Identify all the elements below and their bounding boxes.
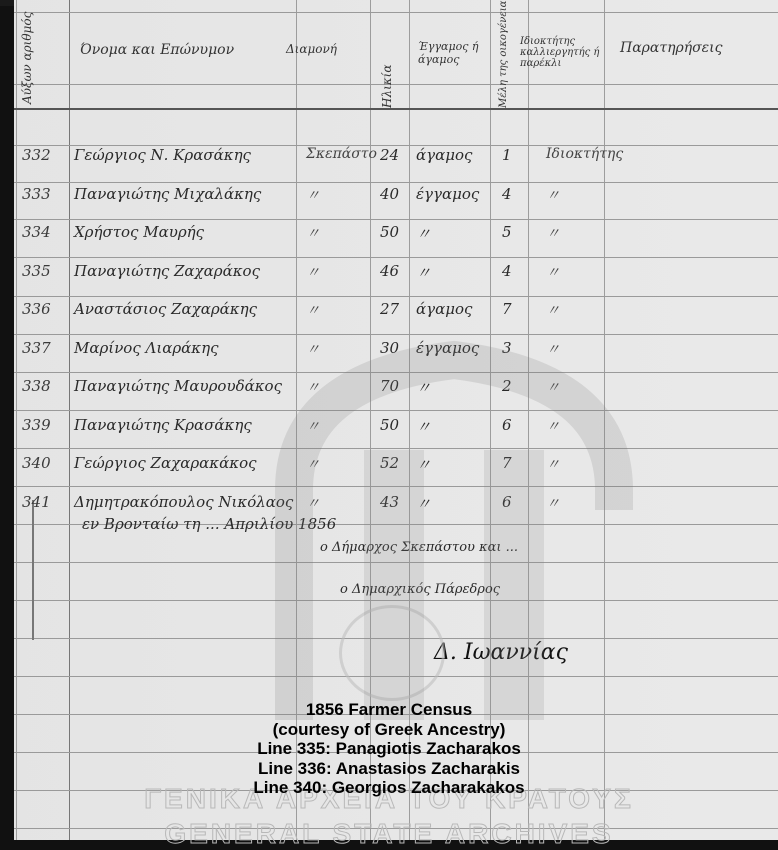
caption-line-340: Line 340: Georgios Zacharakakos	[0, 778, 778, 798]
row-341-marital: 〃	[416, 493, 431, 514]
row-337-members: 3	[502, 339, 512, 357]
row-334-residence: 〃	[306, 223, 320, 243]
caption-title: 1856 Farmer Census	[0, 700, 778, 720]
row-334-members: 5	[502, 223, 512, 241]
row-336-occupation: 〃	[546, 300, 560, 320]
row-338-marital: 〃	[416, 377, 431, 398]
row-335-marital: 〃	[416, 262, 431, 283]
row-332-name: Γεώργιος Ν. Κρασάκης	[74, 146, 251, 164]
closing-line: εν Βρονταίω τη ... Απριλίου 1856	[82, 515, 336, 533]
row-335-occupation: 〃	[546, 262, 560, 282]
row-337-age: 30	[380, 339, 399, 357]
row-340-number: 340	[22, 454, 51, 472]
official-stamp	[339, 605, 445, 701]
header-bottom-rule	[14, 108, 778, 110]
row-rule	[14, 410, 778, 411]
header-age: Ηλικία	[380, 65, 394, 108]
row-339-residence: 〃	[306, 416, 320, 436]
header-marital-status: Έγγαμος ή άγαμος	[418, 40, 488, 66]
row-335-residence: 〃	[306, 262, 320, 282]
row-332-occupation: Ιδιοκτήτης	[546, 146, 623, 162]
row-333-residence: 〃	[306, 185, 320, 205]
row-340-residence: 〃	[306, 454, 320, 474]
row-341-occupation: 〃	[546, 493, 560, 513]
row-337-occupation: 〃	[546, 339, 560, 359]
row-340-occupation: 〃	[546, 454, 560, 474]
row-341-members: 6	[502, 493, 512, 511]
row-333-name: Παναγιώτης Μιχαλάκης	[74, 185, 261, 203]
row-333-age: 40	[380, 185, 399, 203]
header-mid-rule	[14, 84, 778, 85]
row-333-number: 333	[22, 185, 51, 203]
row-338-name: Παναγιώτης Μαυρουδάκος	[74, 377, 282, 395]
caption-line-335: Line 335: Panagiotis Zacharakos	[0, 739, 778, 759]
row-340-members: 7	[502, 454, 512, 472]
row-334-age: 50	[380, 223, 399, 241]
signature-line-deputy: ο Δημαρχικός Πάρεδρος	[340, 582, 500, 597]
row-336-marital: άγαμος	[416, 300, 472, 318]
row-335-name: Παναγιώτης Ζαχαράκος	[74, 262, 260, 280]
caption-block: 1856 Farmer Census (courtesy of Greek An…	[0, 700, 778, 798]
row-rule	[14, 219, 778, 220]
row-334-marital: 〃	[416, 223, 431, 244]
page-fold	[14, 500, 34, 640]
row-341-residence: 〃	[306, 493, 320, 513]
row-rule	[14, 486, 778, 487]
row-333-occupation: 〃	[546, 185, 560, 205]
row-334-name: Χρήστος Μαυρής	[74, 223, 204, 241]
row-332-residence: Σκεπάστο	[306, 146, 377, 162]
row-339-members: 6	[502, 416, 512, 434]
row-335-age: 46	[380, 262, 399, 280]
row-336-residence: 〃	[306, 300, 320, 320]
header-household: Μέλη της οικογένειας	[498, 0, 509, 108]
row-332-marital: άγαμος	[416, 146, 472, 164]
row-338-members: 2	[502, 377, 512, 395]
row-337-name: Μαρίνος Λιαράκης	[74, 339, 219, 357]
header-remarks: Παρατηρήσεις	[620, 40, 723, 56]
row-340-marital: 〃	[416, 454, 431, 475]
row-337-residence: 〃	[306, 339, 320, 359]
watermark-text-english: GENERAL STATE ARCHIVES	[0, 818, 778, 840]
row-335-number: 335	[22, 262, 51, 280]
row-336-name: Αναστάσιος Ζαχαράκης	[74, 300, 257, 318]
row-rule	[14, 257, 778, 258]
signature-line-mayor: ο Δήμαρχος Σκεπάστου και ...	[320, 540, 518, 555]
row-rule	[14, 372, 778, 373]
row-rule	[14, 562, 778, 563]
row-333-members: 4	[502, 185, 512, 203]
row-334-number: 334	[22, 223, 51, 241]
caption-credit: (courtesy of Greek Ancestry)	[0, 720, 778, 740]
header-row-number: Αύξων αριθμός	[20, 12, 34, 104]
row-339-occupation: 〃	[546, 416, 560, 436]
row-340-name: Γεώργιος Ζαχαρακάκος	[74, 454, 257, 472]
row-332-age: 24	[380, 146, 399, 164]
row-rule	[14, 600, 778, 601]
row-rule	[14, 448, 778, 449]
header-residence: Διαμονή	[286, 42, 337, 56]
row-338-age: 70	[380, 377, 399, 395]
row-337-number: 337	[22, 339, 51, 357]
row-336-members: 7	[502, 300, 512, 318]
row-341-number: 341	[22, 493, 51, 511]
row-341-name: Δημητρακόπουλος Νικόλαος	[74, 493, 293, 511]
row-337-marital: έγγαμος	[416, 339, 479, 357]
row-333-marital: έγγαμος	[416, 185, 479, 203]
signature: Δ. Ιωαννίας	[434, 640, 568, 665]
row-339-marital: 〃	[416, 416, 431, 437]
row-332-members: 1	[502, 146, 512, 164]
row-338-number: 338	[22, 377, 51, 395]
row-341-age: 43	[380, 493, 399, 511]
row-336-age: 27	[380, 300, 399, 318]
row-340-age: 52	[380, 454, 399, 472]
row-338-residence: 〃	[306, 377, 320, 397]
caption-line-336: Line 336: Anastasios Zacharakis	[0, 759, 778, 779]
row-338-occupation: 〃	[546, 377, 560, 397]
row-rule	[14, 182, 778, 183]
row-334-occupation: 〃	[546, 223, 560, 243]
row-339-number: 339	[22, 416, 51, 434]
header-name: Όνομα και Επώνυμον	[80, 42, 234, 58]
row-339-name: Παναγιώτης Κρασάκης	[74, 416, 252, 434]
row-336-number: 336	[22, 300, 51, 318]
row-335-members: 4	[502, 262, 512, 280]
header-top-rule	[14, 12, 778, 13]
row-rule	[14, 334, 778, 335]
row-rule	[14, 296, 778, 297]
row-332-number: 332	[22, 146, 51, 164]
row-339-age: 50	[380, 416, 399, 434]
header-occupation: Ιδιοκτήτης καλλιεργητής ή παρέκλι	[520, 36, 604, 69]
